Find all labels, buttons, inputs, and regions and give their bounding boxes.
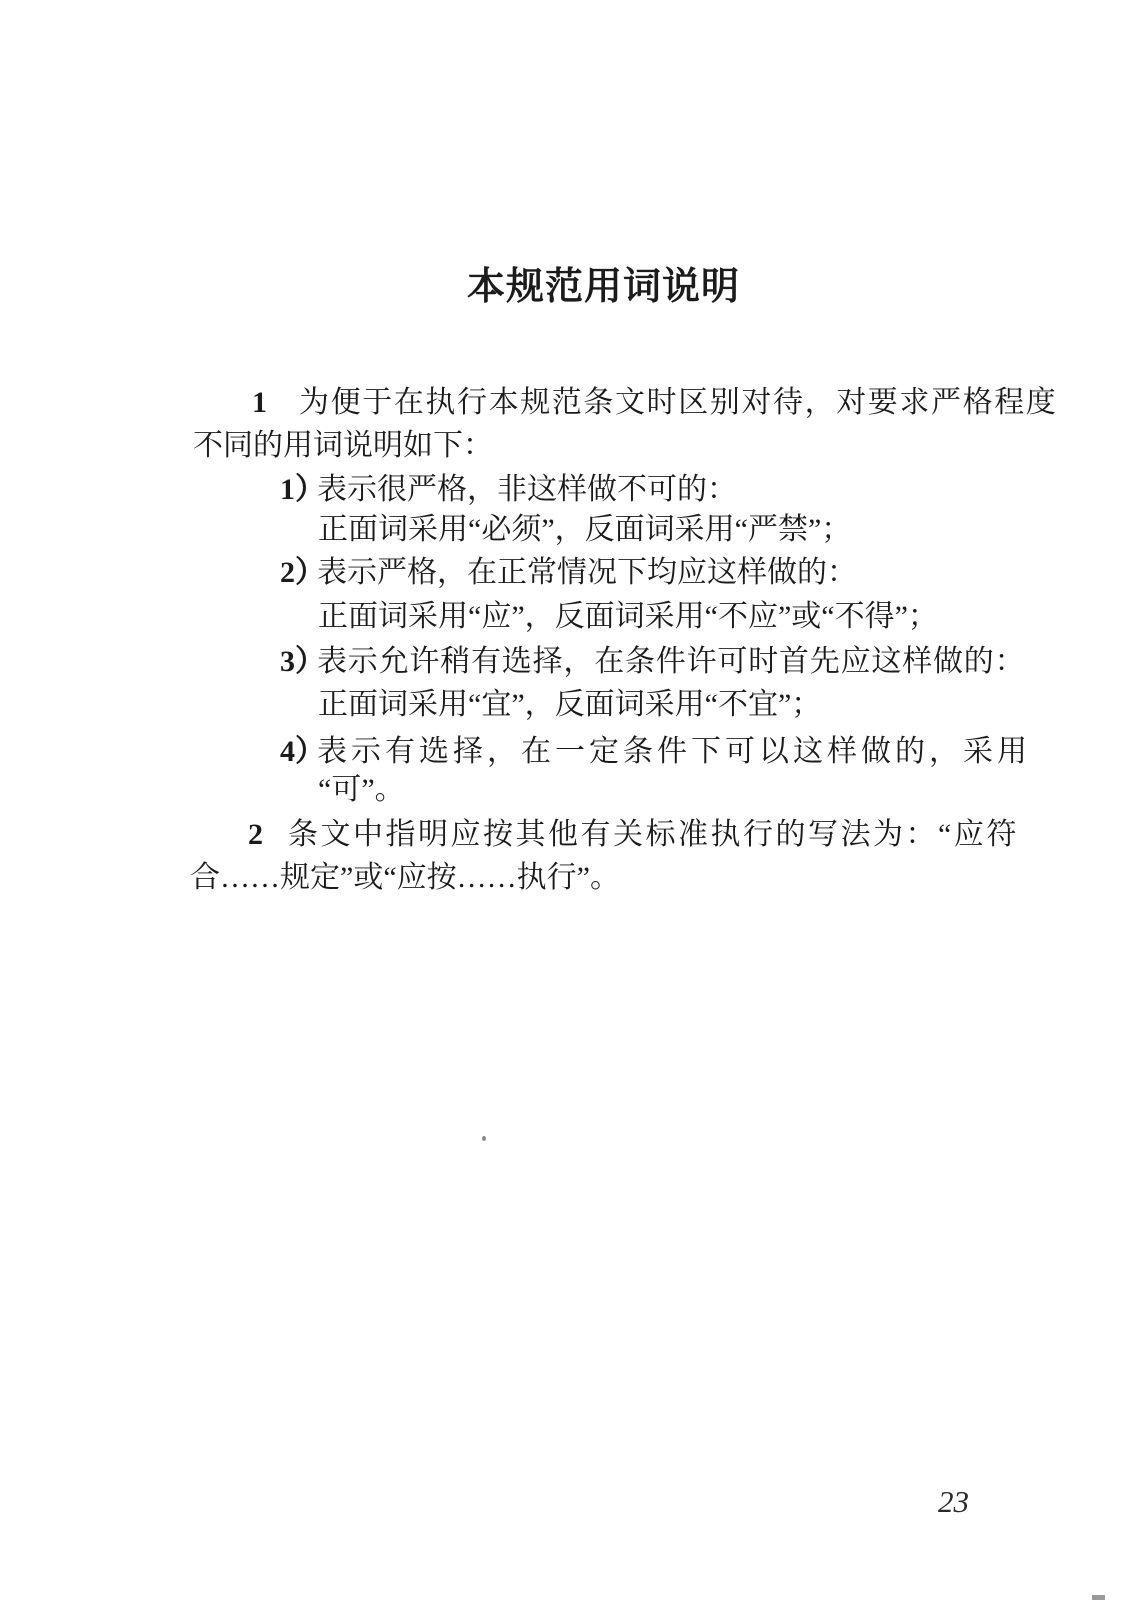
clause-2-number: 2	[248, 817, 263, 853]
clause-2-line: 条文中指明应按其他有关标准执行的写法为：“应符	[288, 817, 1019, 853]
document-page: 本规范用词说明 1 为便于在执行本规范条文时区别对待，对要求严格程度 不同的用词…	[0, 0, 1130, 1600]
item-4-line: “可”。	[318, 772, 405, 808]
clause-2-line: 合……规定”或“应按……执行”。	[190, 860, 620, 896]
item-1-line: 表示很严格，非这样做不可的：	[317, 472, 737, 508]
clause-1-number: 1	[252, 385, 267, 421]
item-3-line: 正面词采用“宜”，反面词采用“不宜”；	[318, 687, 821, 723]
item-1-line: 正面词采用“必须”，反面词采用“严禁”；	[318, 512, 851, 548]
item-2-line: 正面词采用“应”，反面词采用“不应”或“不得”；	[318, 599, 938, 635]
section-title: 本规范用词说明	[467, 264, 740, 310]
item-3-line: 表示允许稍有选择，在条件许可时首先应这样做的：	[317, 644, 1025, 680]
clause-1-line: 不同的用词说明如下：	[193, 428, 493, 464]
page-number: 23	[938, 1485, 969, 1519]
scan-speck	[482, 1136, 486, 1141]
clause-1-line: 为便于在执行本规范条文时区别对待，对要求严格程度	[299, 385, 1057, 421]
scan-edge-mark	[1092, 1595, 1105, 1600]
item-2-line: 表示严格，在正常情况下均应这样做的：	[317, 555, 857, 591]
item-4-line: 表示有选择，在一定条件下可以这样做的，采用	[317, 734, 1031, 770]
